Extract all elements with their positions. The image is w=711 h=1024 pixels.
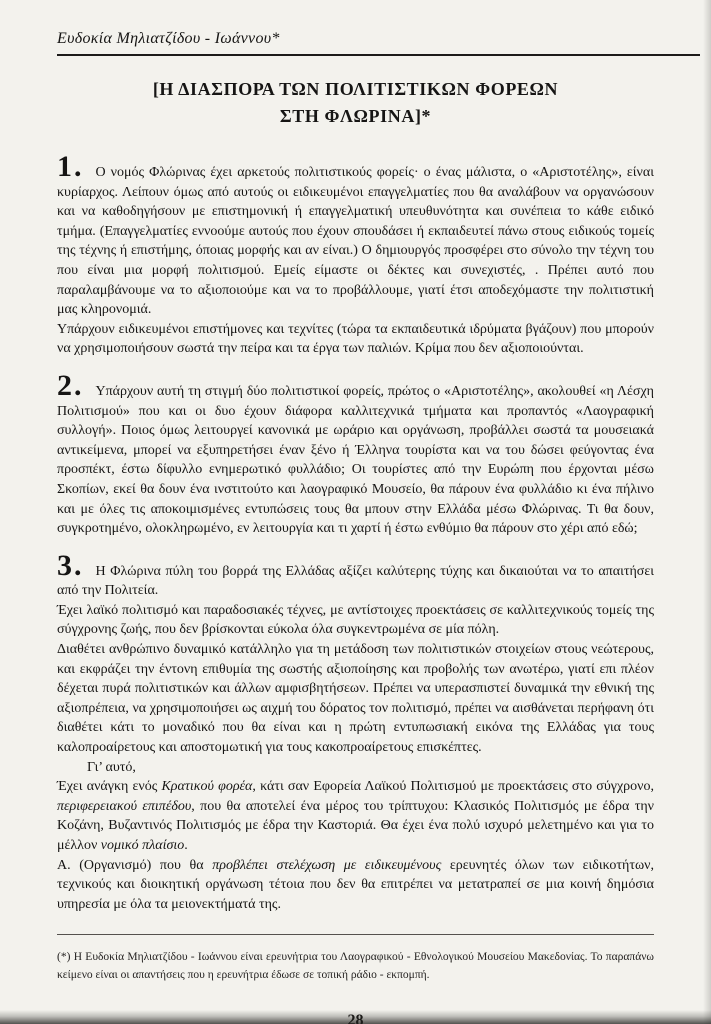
section-1: 1.Ο νομός Φλώρινας έχει αρκετούς πολιτισ… <box>57 152 654 359</box>
section-number: 1. <box>57 150 96 183</box>
author-header: Ευδοκία Μηλιατζίδου - Ιωάννου* <box>57 30 654 54</box>
scanned-document-page: Ευδοκία Μηλιατζίδου - Ιωάννου* [Η ΔΙΑΣΠΟ… <box>0 0 711 1024</box>
paragraph-text: Ο νομός Φλώρινας έχει αρκετούς πολιτιστι… <box>57 165 654 317</box>
paragraph-text: , κάτι σαν Εφορεία Λαϊκού Πολιτισμού με … <box>252 779 654 794</box>
paragraph-text: . <box>184 838 188 853</box>
paragraph-text: Υπάρχουν ειδικευμένοι επιστήμονες και τε… <box>57 322 654 357</box>
paragraph-text: Υπάρχουν αυτή τη στιγμή δύο πολιτιστικοί… <box>57 384 654 536</box>
paragraph: 1.Ο νομός Φλώρινας έχει αρκετούς πολιτισ… <box>57 152 654 320</box>
paragraph-text: Έχει λαϊκό πολιτισμό και παραδοσιακές τέ… <box>57 603 654 638</box>
title-line-2: ΣΤΗ ΦΛΩΡΙΝΑ]* <box>57 103 654 130</box>
paragraph-text-italic: νομικό πλαίσιο <box>101 838 184 853</box>
paragraph-text: Γι’ αυτό, <box>87 760 136 775</box>
section-number: 3. <box>57 549 96 582</box>
paragraph-text: Α. (Οργανισμό) που θα <box>57 858 212 873</box>
page-title: [Η ΔΙΑΣΠΟΡΑ ΤΩΝ ΠΟΛΙΤΙΣΤΙΚΩΝ ΦΟΡΕΩΝ ΣΤΗ … <box>57 76 654 130</box>
paragraph-text-italic: Κρατικού φορέα <box>161 779 252 794</box>
paragraph: Έχει λαϊκό πολιτισμό και παραδοσιακές τέ… <box>57 601 654 640</box>
scan-edge-shadow-bottom <box>0 1010 711 1024</box>
scan-edge-shadow-right <box>703 0 711 1024</box>
header-rule <box>57 54 700 56</box>
paragraph-text-italic: περιφερειακού επιπέδου <box>57 799 191 814</box>
section-number: 2. <box>57 369 96 402</box>
section-2: 2.Υπάρχουν αυτή τη στιγμή δύο πολιτιστικ… <box>57 371 654 539</box>
paragraph: 3.Η Φλώρινα πύλη του βορρά της Ελλάδας α… <box>57 551 654 601</box>
paragraph-text: Έχει ανάγκη ενός <box>57 779 161 794</box>
paragraph: Έχει ανάγκη ενός Κρατικού φορέα, κάτι σα… <box>57 777 654 855</box>
paragraph: Υπάρχουν ειδικευμένοι επιστήμονες και τε… <box>57 320 654 359</box>
paragraph: Α. (Οργανισμό) που θα προβλέπει στελέχωσ… <box>57 856 654 915</box>
footnote: (*) Η Ευδοκία Μηλιατζίδου - Ιωάννου είνα… <box>57 949 654 984</box>
paragraph-text-italic: προβλέπει στελέχωση με ειδικευμένους <box>212 858 441 873</box>
title-line-1: [Η ΔΙΑΣΠΟΡΑ ΤΩΝ ΠΟΛΙΤΙΣΤΙΚΩΝ ΦΟΡΕΩΝ <box>57 76 654 103</box>
paragraph-text: Διαθέτει ανθρώπινο δυναμικό κατάλληλο γι… <box>57 642 654 755</box>
paragraph: Γι’ αυτό, <box>57 758 654 778</box>
paragraph: Διαθέτει ανθρώπινο δυναμικό κατάλληλο γι… <box>57 640 654 758</box>
paragraph-text: Η Φλώρινα πύλη του βορρά της Ελλάδας αξί… <box>57 564 654 599</box>
footnote-separator <box>57 934 654 935</box>
section-3: 3.Η Φλώρινα πύλη του βορρά της Ελλάδας α… <box>57 551 654 915</box>
paragraph: 2.Υπάρχουν αυτή τη στιγμή δύο πολιτιστικ… <box>57 371 654 539</box>
